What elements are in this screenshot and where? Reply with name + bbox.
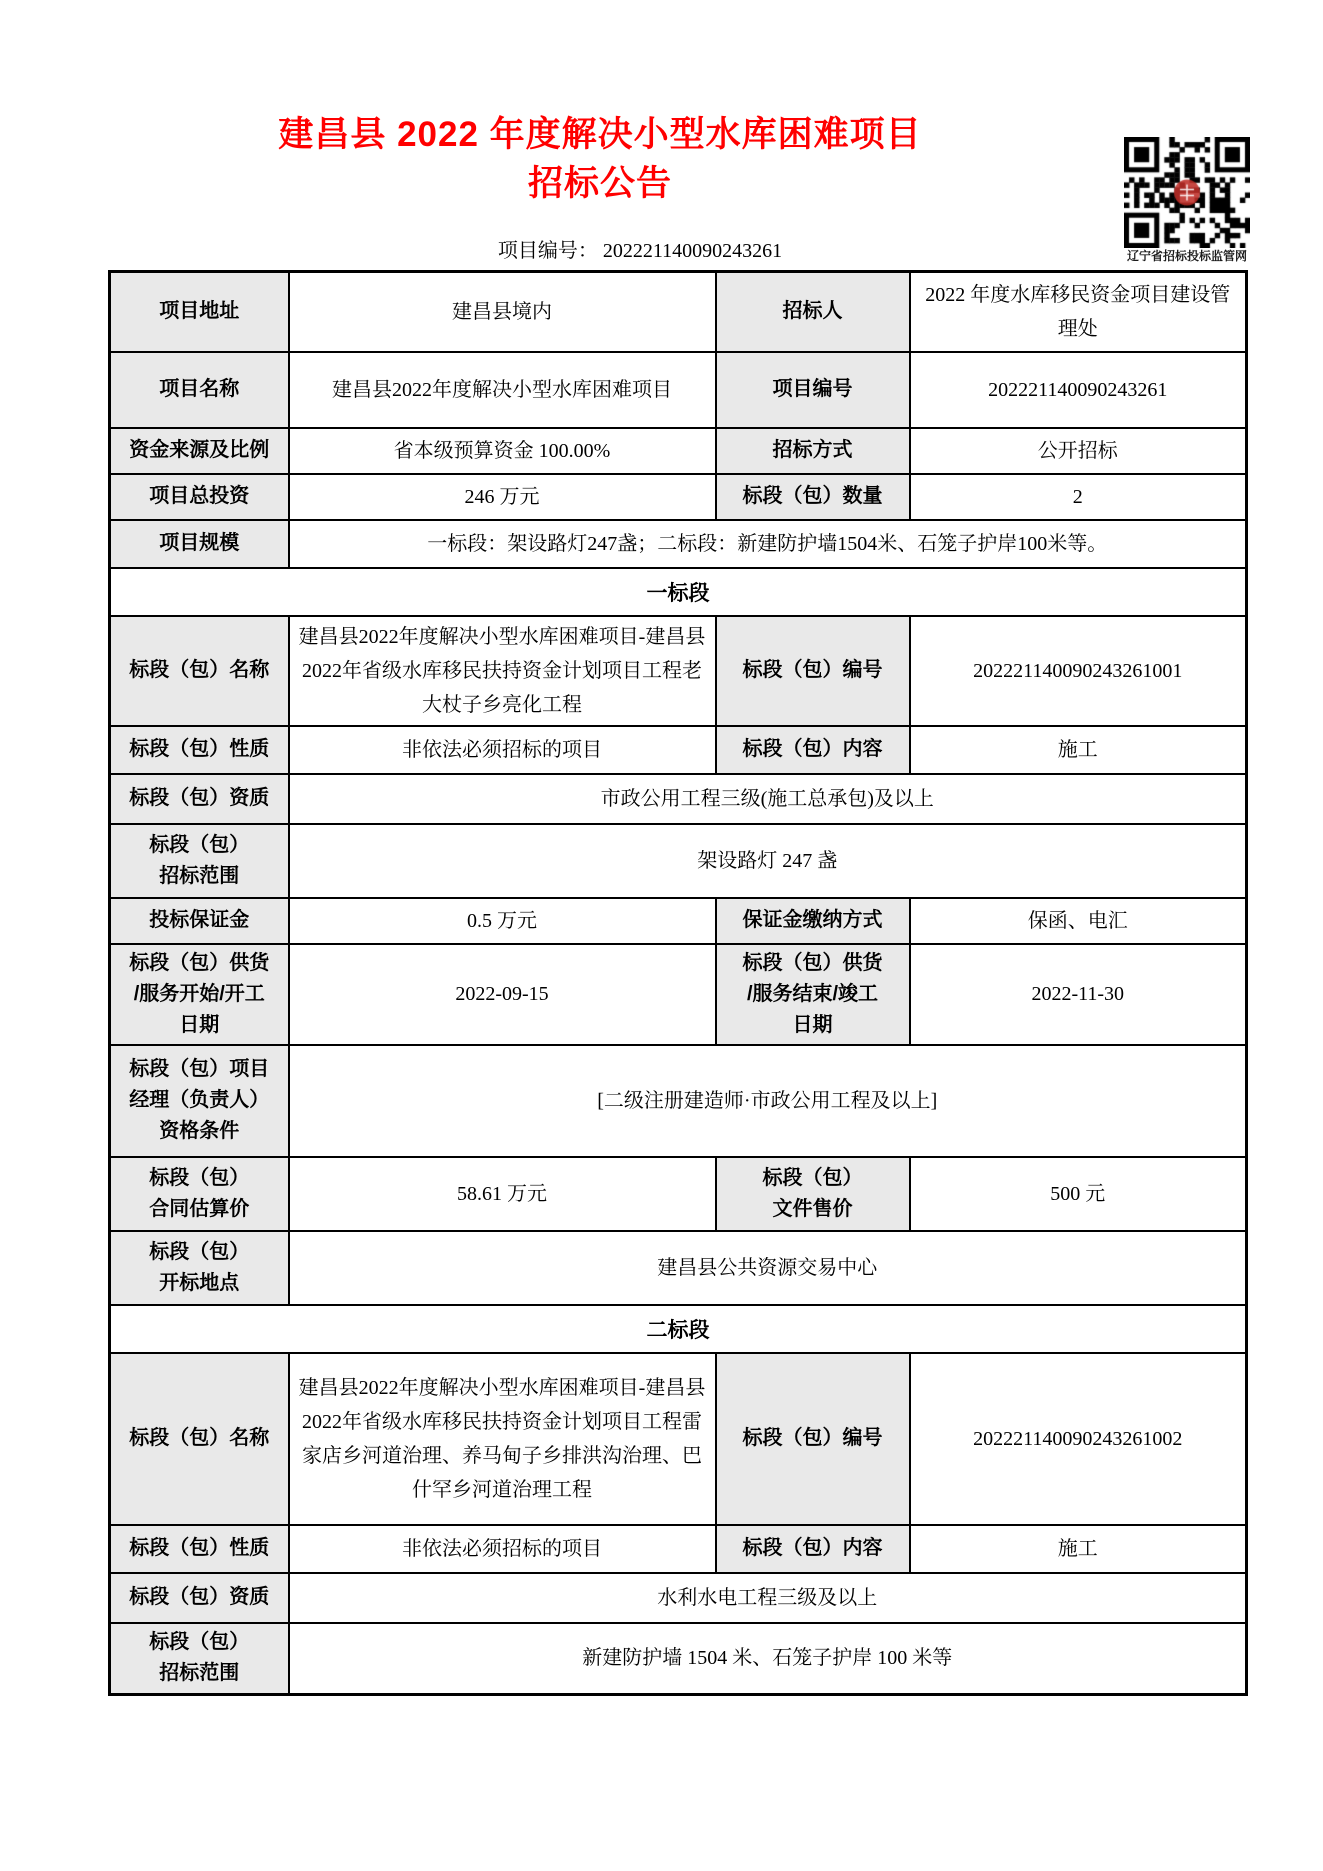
row-section1-header: 一标段 — [110, 568, 1247, 616]
label-project-number: 项目编号 — [716, 352, 910, 428]
value-s1-qualification: 市政公用工程三级(施工总承包)及以上 — [289, 774, 1247, 824]
label-s1-qualification: 标段（包）资质 — [110, 774, 289, 824]
label-s2-nature: 标段（包）性质 — [110, 1525, 289, 1573]
row-s2-nature: 标段（包）性质 非依法必须招标的项目 标段（包）内容 施工 — [110, 1525, 1247, 1573]
project-number-line: 项目编号： 202221140090243261 — [110, 234, 1170, 263]
section2-title: 二标段 — [110, 1305, 1247, 1353]
value-s2-content: 施工 — [910, 1525, 1247, 1573]
value-s1-content: 施工 — [910, 726, 1247, 774]
section1-title: 一标段 — [110, 568, 1247, 616]
row-s1-manager: 标段（包）项目 经理（负责人） 资格条件 [二级注册建造师·市政公用工程及以上] — [110, 1045, 1247, 1157]
row-project-name: 项目名称 建昌县2022年度解决小型水库困难项目 项目编号 2022211400… — [110, 352, 1247, 428]
value-s2-qualification: 水利水电工程三级及以上 — [289, 1573, 1247, 1623]
label-s1-code: 标段（包）编号 — [716, 616, 910, 726]
value-s2-scope: 新建防护墙 1504 米、石笼子护岸 100 米等 — [289, 1623, 1247, 1695]
qr-code-icon — [1124, 137, 1250, 248]
row-funding: 资金来源及比例 省本级预算资金 100.00% 招标方式 公开招标 — [110, 428, 1247, 474]
label-section-count: 标段（包）数量 — [716, 474, 910, 520]
row-s1-nature: 标段（包）性质 非依法必须招标的项目 标段（包）内容 施工 — [110, 726, 1247, 774]
label-s1-open-location: 标段（包） 开标地点 — [110, 1231, 289, 1305]
row-s1-deposit: 投标保证金 0.5 万元 保证金缴纳方式 保函、电汇 — [110, 898, 1247, 944]
label-s1-deposit-method: 保证金缴纳方式 — [716, 898, 910, 944]
value-s2-code: 202221140090243261002 — [910, 1353, 1247, 1525]
value-project-address: 建昌县境内 — [289, 272, 716, 352]
label-s2-name: 标段（包）名称 — [110, 1353, 289, 1525]
value-s2-name: 建昌县2022年度解决小型水库困难项目-建昌县2022年省级水库移民扶持资金计划… — [289, 1353, 716, 1525]
value-s1-deposit-method: 保函、电汇 — [910, 898, 1247, 944]
label-s2-code: 标段（包）编号 — [716, 1353, 910, 1525]
label-funding-source: 资金来源及比例 — [110, 428, 289, 474]
value-total-investment: 246 万元 — [289, 474, 716, 520]
label-s1-content: 标段（包）内容 — [716, 726, 910, 774]
value-project-name: 建昌县2022年度解决小型水库困难项目 — [289, 352, 716, 428]
title-line-2: 招标公告 — [60, 159, 1140, 208]
label-project-address: 项目地址 — [110, 272, 289, 352]
label-s1-end-date: 标段（包）供货 /服务结束/竣工 日期 — [716, 944, 910, 1045]
row-s1-name: 标段（包）名称 建昌县2022年度解决小型水库困难项目-建昌县2022年省级水库… — [110, 616, 1247, 726]
label-project-name: 项目名称 — [110, 352, 289, 428]
label-s1-manager-qualification: 标段（包）项目 经理（负责人） 资格条件 — [110, 1045, 289, 1157]
label-s1-nature: 标段（包）性质 — [110, 726, 289, 774]
value-s1-contract-estimate: 58.61 万元 — [289, 1157, 716, 1231]
qr-caption: 辽宁省招标投标监管网 — [1121, 249, 1253, 263]
label-s2-qualification: 标段（包）资质 — [110, 1573, 289, 1623]
title-line-1: 建昌县 2022 年度解决小型水库困难项目 — [60, 110, 1140, 159]
value-s1-code: 202221140090243261001 — [910, 616, 1247, 726]
label-total-investment: 项目总投资 — [110, 474, 289, 520]
row-project-scale: 项目规模 一标段：架设路灯247盏；二标段：新建防护墙1504米、石笼子护岸10… — [110, 520, 1247, 568]
label-s1-start-date: 标段（包）供货 /服务开始/开工 日期 — [110, 944, 289, 1045]
label-tenderee: 招标人 — [716, 272, 910, 352]
row-section2-header: 二标段 — [110, 1305, 1247, 1353]
row-project-address: 项目地址 建昌县境内 招标人 2022 年度水库移民资金项目建设管理处 — [110, 272, 1247, 352]
label-s2-scope: 标段（包） 招标范围 — [110, 1623, 289, 1695]
value-s1-nature: 非依法必须招标的项目 — [289, 726, 716, 774]
row-s1-price: 标段（包） 合同估算价 58.61 万元 标段（包） 文件售价 500 元 — [110, 1157, 1247, 1231]
value-tenderee: 2022 年度水库移民资金项目建设管理处 — [910, 272, 1247, 352]
row-s1-dates: 标段（包）供货 /服务开始/开工 日期 2022-09-15 标段（包）供货 /… — [110, 944, 1247, 1045]
value-bid-method: 公开招标 — [910, 428, 1247, 474]
bid-announcement-table: 项目地址 建昌县境内 招标人 2022 年度水库移民资金项目建设管理处 项目名称… — [108, 270, 1248, 1696]
row-investment: 项目总投资 246 万元 标段（包）数量 2 — [110, 474, 1247, 520]
row-s2-qualification: 标段（包）资质 水利水电工程三级及以上 — [110, 1573, 1247, 1623]
value-s2-nature: 非依法必须招标的项目 — [289, 1525, 716, 1573]
value-funding-source: 省本级预算资金 100.00% — [289, 428, 716, 474]
value-s1-open-location: 建昌县公共资源交易中心 — [289, 1231, 1247, 1305]
label-s1-document-price: 标段（包） 文件售价 — [716, 1157, 910, 1231]
value-s1-deposit: 0.5 万元 — [289, 898, 716, 944]
label-s1-deposit: 投标保证金 — [110, 898, 289, 944]
label-s2-content: 标段（包）内容 — [716, 1525, 910, 1573]
value-s1-start-date: 2022-09-15 — [289, 944, 716, 1045]
value-s1-document-price: 500 元 — [910, 1157, 1247, 1231]
value-project-scale: 一标段：架设路灯247盏；二标段：新建防护墙1504米、石笼子护岸100米等。 — [289, 520, 1247, 568]
value-section-count: 2 — [910, 474, 1247, 520]
value-s1-name: 建昌县2022年度解决小型水库困难项目-建昌县2022年省级水库移民扶持资金计划… — [289, 616, 716, 726]
value-s1-scope: 架设路灯 247 盏 — [289, 824, 1247, 898]
label-s1-scope: 标段（包） 招标范围 — [110, 824, 289, 898]
document-title: 建昌县 2022 年度解决小型水库困难项目 招标公告 — [60, 110, 1140, 208]
row-s1-scope: 标段（包） 招标范围 架设路灯 247 盏 — [110, 824, 1247, 898]
value-s1-end-date: 2022-11-30 — [910, 944, 1247, 1045]
row-s1-qualification: 标段（包）资质 市政公用工程三级(施工总承包)及以上 — [110, 774, 1247, 824]
row-s2-name: 标段（包）名称 建昌县2022年度解决小型水库困难项目-建昌县2022年省级水库… — [110, 1353, 1247, 1525]
label-s1-contract-estimate: 标段（包） 合同估算价 — [110, 1157, 289, 1231]
value-s1-manager-qualification: [二级注册建造师·市政公用工程及以上] — [289, 1045, 1247, 1157]
row-s2-scope: 标段（包） 招标范围 新建防护墙 1504 米、石笼子护岸 100 米等 — [110, 1623, 1247, 1695]
label-s1-name: 标段（包）名称 — [110, 616, 289, 726]
qr-block: 辽宁省招标投标监管网 — [1121, 137, 1253, 263]
label-bid-method: 招标方式 — [716, 428, 910, 474]
row-s1-open-location: 标段（包） 开标地点 建昌县公共资源交易中心 — [110, 1231, 1247, 1305]
value-project-number: 202221140090243261 — [910, 352, 1247, 428]
label-project-scale: 项目规模 — [110, 520, 289, 568]
